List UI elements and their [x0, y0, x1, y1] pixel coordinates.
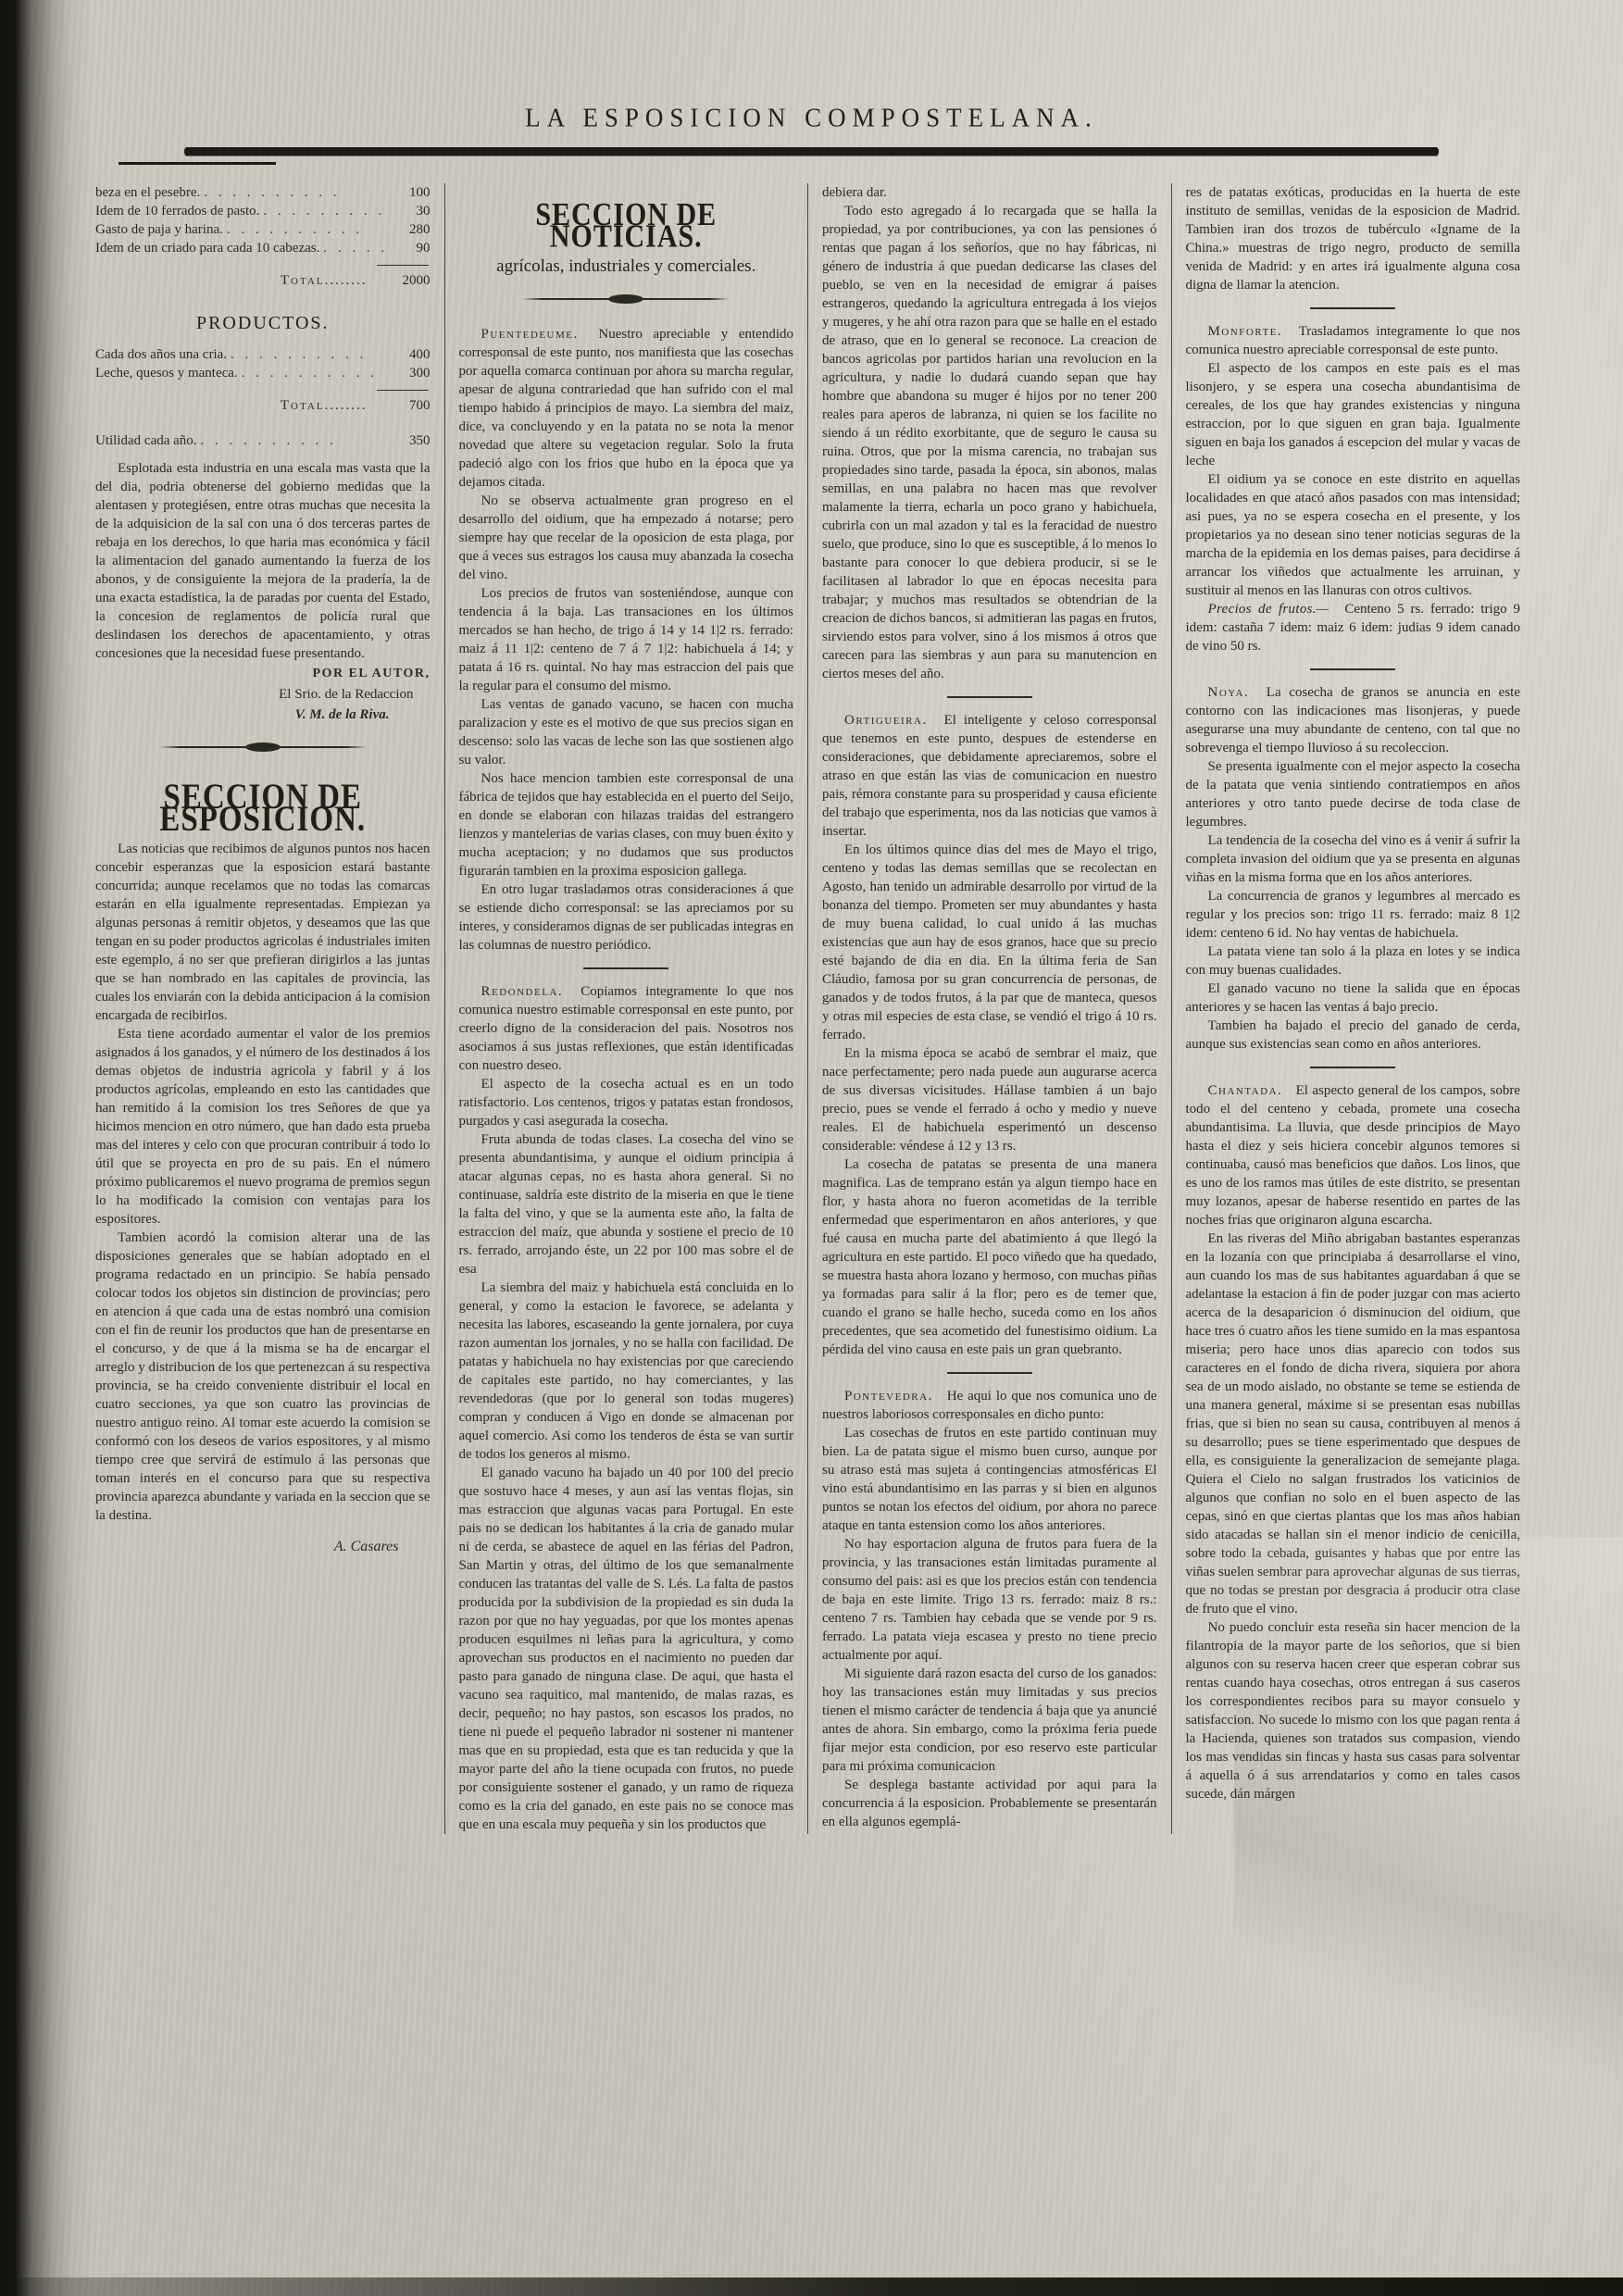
news-item-paragraph: Noya. La cosecha de granos se anuncia en…	[1186, 683, 1521, 757]
paragraph: En las riveras del Miño abrigaban bastan…	[1186, 1229, 1521, 1618]
masthead-rule	[184, 147, 1439, 156]
leader-dots: . . . . . . . . . .	[200, 183, 391, 202]
page-title: LA ESPOSICION COMPOSTELANA.	[0, 103, 1623, 133]
news-item-paragraph: Redondela. Copiamos integramente lo que …	[459, 982, 794, 1075]
dateline: Precios de frutos.—	[1208, 602, 1339, 617]
item-divider-rule	[947, 696, 1032, 698]
page-bottom-edge	[0, 2277, 1623, 2296]
account-line-value: 90	[392, 239, 431, 257]
account-line-value: 100	[392, 183, 431, 202]
column-4: res de patatas exóticas, producidas en l…	[1171, 183, 1535, 1834]
section-heading: PRODUCTOS.	[95, 314, 431, 332]
section-subheading: agrícolas, industriales y comerciales.	[459, 257, 794, 276]
news-item-paragraph: Ortigueira. El inteligente y celoso corr…	[822, 711, 1157, 841]
paragraph: Se presenta igualmente con el mejor aspe…	[1186, 757, 1521, 831]
section-heading: SECCION DE ESPOSICION.	[95, 786, 431, 830]
dateline: Ortigueira.	[844, 713, 937, 728]
account-line-label: Idem de un criado para cada 10 cabezas.	[95, 239, 319, 257]
leader-dots: . . . . . . . . . .	[197, 431, 392, 450]
paragraph: No puedo concluir esta reseña sin hacer …	[1186, 1618, 1521, 1803]
paragraph: Esta tiene acordado aumentar el valor de…	[95, 1025, 431, 1229]
news-item-paragraph: Chantada. El aspecto general de los camp…	[1186, 1081, 1521, 1229]
paragraph: Tambien acordó la comision alterar una d…	[95, 1229, 431, 1525]
account-line-label: Idem de 10 ferrados de pasto.	[95, 202, 259, 220]
dateline: Monforte.	[1208, 324, 1292, 339]
account-line: Leche, quesos y manteca.. . . . . . . . …	[95, 364, 431, 382]
dateline: Pontevedra.	[844, 1389, 943, 1404]
account-line: Cada dos años una cria.. . . . . . . . .…	[95, 345, 431, 364]
paragraph: debiera dar.	[822, 183, 1157, 202]
paragraph: En la misma época se acabó de sembrar el…	[822, 1044, 1157, 1155]
account-line-value: 300	[392, 364, 431, 382]
account-line: beza en el pesebre.. . . . . . . . . .10…	[95, 183, 431, 202]
signature: A. Casares	[95, 1538, 431, 1556]
paragraph: La patata viene tan solo á la plaza en l…	[1186, 942, 1521, 980]
column-1-content: beza en el pesebre.. . . . . . . . . .10…	[95, 183, 431, 1556]
sum-rule	[377, 265, 429, 266]
item-divider-rule	[1310, 668, 1395, 670]
dateline: Puentedeume.	[481, 327, 588, 342]
news-item-paragraph: Monforte. Trasladamos integramente lo qu…	[1186, 322, 1521, 359]
paragraph: La siembra del maiz y habichuela está co…	[459, 1279, 794, 1464]
paragraph: En otro lugar trasladamos otras consider…	[459, 880, 794, 955]
paragraph: Las noticias que recibimos de algunos pu…	[95, 840, 431, 1025]
paragraph: El aspecto de los campos en este pais es…	[1186, 359, 1521, 470]
item-divider-rule	[583, 967, 668, 969]
dateline: Noya.	[1208, 685, 1259, 700]
account-line-value: 350	[392, 431, 431, 450]
dateline: Redondela.	[481, 984, 573, 999]
paragraph: Las ventas de ganado vacuno, se hacen co…	[459, 695, 794, 769]
spacer	[95, 450, 431, 459]
leader-dots: . . . . . . . . . .	[223, 220, 392, 239]
column-1: beza en el pesebre.. . . . . . . . . .10…	[81, 183, 444, 1834]
paragraph: Fruta abunda de todas clases. La cosecha…	[459, 1130, 794, 1279]
section-heading: SECCION DE NOTICIAS.	[459, 204, 794, 247]
account-line: Gasto de paja y harina.. . . . . . . . .…	[95, 220, 431, 239]
paragraph: La tendencia de la cosecha del vino es á…	[1186, 831, 1521, 887]
paragraph: El oidium ya se conoce en este distrito …	[1186, 470, 1521, 600]
signature: POR EL AUTOR,	[95, 665, 431, 683]
account-line-value: 30	[392, 202, 431, 220]
paragraph: Las cosechas de frutos en este partido c…	[822, 1424, 1157, 1535]
paragraph: La concurrencia de granos y legumbres al…	[1186, 887, 1521, 942]
item-divider-rule	[947, 1372, 1032, 1374]
paragraph: Todo esto agregado á lo recargada que se…	[822, 202, 1157, 683]
column-3-content: debiera dar.Todo esto agregado á lo reca…	[822, 183, 1157, 1831]
paragraph: Los precios de frutos van sosteniéndose,…	[459, 584, 794, 695]
paragraph: Se desplega bastante actividad por aqui …	[822, 1776, 1157, 1831]
account-line-value: 400	[392, 345, 431, 364]
account-line-label: Leche, quesos y manteca.	[95, 364, 238, 382]
total-value: 2000	[392, 271, 431, 290]
leader-dots: . . . . . . . . . .	[319, 239, 391, 257]
leader-dots: . . . . . . . . . .	[259, 202, 391, 220]
leader-dots: . . . . . . . . . .	[227, 345, 391, 364]
columns-container: beza en el pesebre.. . . . . . . . . .10…	[0, 165, 1623, 1834]
account-line: Utilidad cada año.. . . . . . . . . .350	[95, 431, 431, 450]
account-line-label: Gasto de paja y harina.	[95, 220, 223, 239]
paragraph: En los últimos quince dias del mes de Ma…	[822, 841, 1157, 1044]
column-2: SECCION DE NOTICIAS.agrícolas, industria…	[444, 183, 808, 1834]
total-label: Total........	[281, 271, 368, 290]
account-line-label: Utilidad cada año.	[95, 431, 197, 450]
paragraph: El ganado vacuno ha bajado un 40 por 100…	[459, 1464, 794, 1834]
account-line-value: 280	[392, 220, 431, 239]
paragraph: Esplotada esta industria en una escala m…	[95, 459, 431, 663]
paragraph: No se observa actualmente gran progreso …	[459, 492, 794, 584]
column-3: debiera dar.Todo esto agregado á lo reca…	[807, 183, 1171, 1834]
ornament-divider	[159, 742, 367, 753]
item-divider-rule	[1310, 307, 1395, 309]
paragraph: No hay esportacion alguna de frutos para…	[822, 1535, 1157, 1665]
dateline: Chantada.	[1208, 1083, 1292, 1098]
ornament-divider	[522, 294, 730, 305]
masthead: LA ESPOSICION COMPOSTELANA.	[0, 0, 1623, 165]
paragraph: El aspecto de la cosecha actual es en un…	[459, 1075, 794, 1130]
signature: El Srio. de la Redaccion	[95, 685, 431, 704]
total-value: 700	[392, 396, 431, 415]
signature: V. M. de la Riva.	[95, 705, 431, 724]
column-4-content: res de patatas exóticas, producidas en l…	[1186, 183, 1521, 1803]
account-line-label: beza en el pesebre.	[95, 183, 200, 202]
news-item-paragraph: Precios de frutos.— Centeno 5 rs. ferrad…	[1186, 600, 1521, 655]
column-2-content: SECCION DE NOTICIAS.agrícolas, industria…	[459, 207, 794, 1834]
sum-rule	[377, 390, 429, 391]
total-line: Total........700	[95, 396, 431, 415]
account-line-label: Cada dos años una cria.	[95, 345, 227, 364]
paragraph: res de patatas exóticas, producidas en l…	[1186, 183, 1521, 294]
paragraph: Tambien ha bajado el precio del ganado d…	[1186, 1017, 1521, 1054]
paragraph: Nos hace mencion tambien este correspons…	[459, 769, 794, 880]
account-line: Idem de 10 ferrados de pasto.. . . . . .…	[95, 202, 431, 220]
paragraph: La cosecha de patatas se presenta de una…	[822, 1155, 1157, 1359]
account-line: Idem de un criado para cada 10 cabezas..…	[95, 239, 431, 257]
news-item-paragraph: Pontevedra. He aqui lo que nos comunica …	[822, 1387, 1157, 1424]
item-divider-rule	[1310, 1067, 1395, 1068]
leader-dots: . . . . . . . . . .	[238, 364, 392, 382]
newspaper-page: LA ESPOSICION COMPOSTELANA. beza en el p…	[0, 0, 1623, 2296]
news-item-paragraph: Puentedeume. Nuestro apreciable y entend…	[459, 325, 794, 492]
total-label: Total........	[281, 396, 368, 415]
paragraph: El ganado vacuno no tiene la salida que …	[1186, 980, 1521, 1017]
paragraph: Mi siguiente dará razon esacta del curso…	[822, 1665, 1157, 1776]
total-line: Total........2000	[95, 271, 431, 290]
